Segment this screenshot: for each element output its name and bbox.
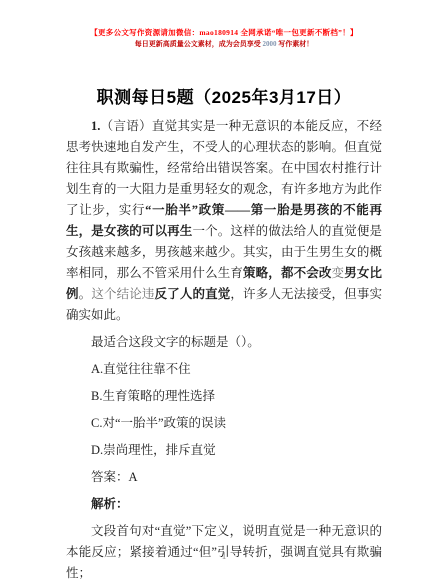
option-c: C.对“一胎半”政策的误读	[66, 413, 382, 434]
ad-banner: 【更多公文写作资源请加微信：mao180914 全网承诺“唯一包更新不断档”！】…	[0, 0, 448, 49]
ad-line-1: 【更多公文写作资源请加微信：mao180914 全网承诺“唯一包更新不断档”！】	[0, 27, 448, 38]
answer-line: 答案：A	[66, 467, 382, 488]
ad-line-2-suffix: 写作素材！	[277, 40, 314, 48]
document-page: 【更多公文写作资源请加微信：mao180914 全网承诺“唯一包更新不断档”！】…	[0, 0, 448, 580]
question-stem-paragraph: 1.（言语）直觉其实是一种无意识的本能反应，不经思考快速地自发产生，不受人的心理…	[66, 116, 382, 326]
page-number: 1	[0, 551, 448, 562]
option-b: B.生育策略的理性选择	[66, 386, 382, 407]
option-d: D.崇尚理性，排斥直觉	[66, 440, 382, 461]
ad-line-2-number: 2000	[263, 40, 277, 48]
document-body: 1.（言语）直觉其实是一种无意识的本能反应，不经思考快速地自发产生，不受人的心理…	[66, 116, 382, 580]
question-prompt: 最适合这段文字的标题是（）。	[66, 332, 382, 353]
ad-line-2: 每日更新高质量公文素材，成为会员享受 2000 写作素材！	[0, 39, 448, 49]
page-title: 职测每日5题（2025年3月17日）	[0, 83, 448, 108]
analysis-label: 解析：	[66, 494, 382, 515]
ad-line-2-prefix: 每日更新高质量公文素材，成为会员享受	[135, 40, 263, 48]
option-a: A.直觉往往靠不住	[66, 359, 382, 380]
